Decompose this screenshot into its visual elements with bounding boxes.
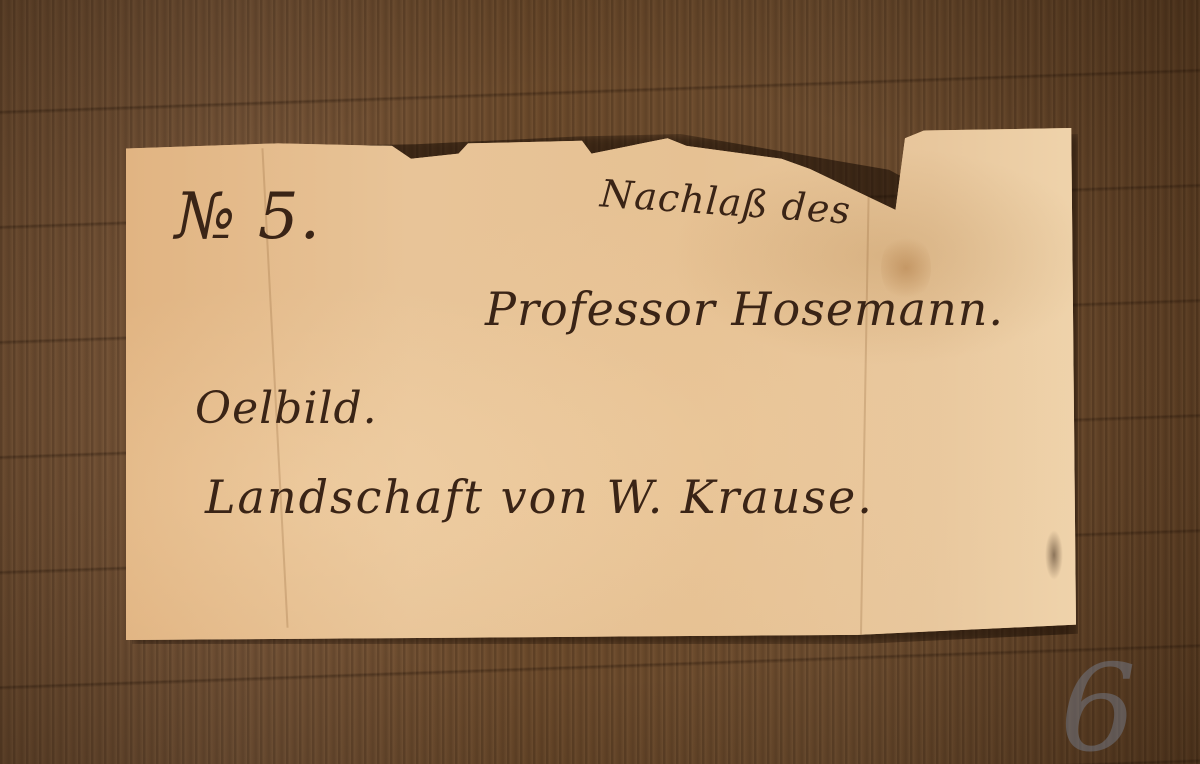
label-professor: Professor Hosemann.: [485, 282, 1004, 336]
ink-specks: [1045, 530, 1063, 580]
pencil-mark: 6: [1050, 650, 1200, 764]
label-oelbild: Oelbild.: [195, 383, 378, 434]
label-landschaft: Landschaft von W. Krause.: [205, 470, 874, 524]
paper-crease: [860, 168, 870, 638]
label-number: № 5.: [175, 180, 321, 254]
